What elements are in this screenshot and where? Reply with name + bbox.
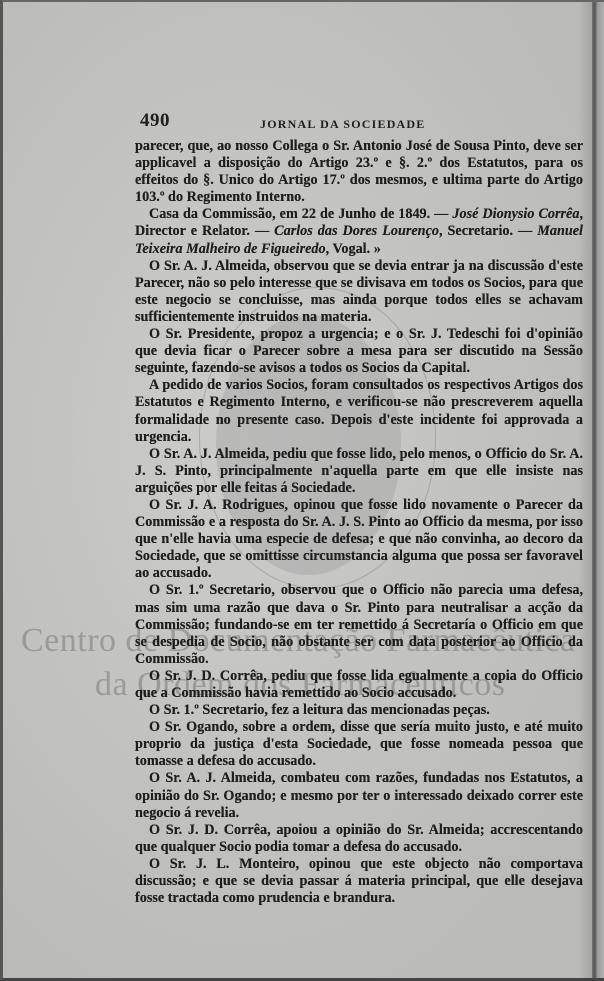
paragraph-ogando: O Sr. Ogando, sobre a ordem, disse que s… (135, 719, 583, 770)
paragraph-correa-2: O Sr. J. D. Corrêa, apoiou a opinião do … (135, 822, 583, 856)
paragraph-presidente: O Sr. Presidente, propoz a urgencia; e o… (135, 326, 583, 377)
paragraph-secretario-2: O Sr. 1.º Secretario, fez a leitura das … (135, 702, 583, 719)
signature-place-date: Casa da Commissão, em 22 de Junho de 184… (149, 206, 452, 222)
paragraph-rodrigues: O Sr. J. A. Rodrigues, opinou que fosse … (135, 497, 583, 582)
paragraph-correa-1: O Sr. J. D. Corrêa, pediu que fosse lida… (135, 668, 583, 702)
paragraph-pedido-socios: A pedido de varios Socios, foram consult… (135, 377, 583, 445)
page-header: 490 JORNAL DA SOCIEDADE (135, 110, 583, 138)
page-number: 490 (140, 112, 170, 129)
paragraph-parecer-conclusion: parecer, que, ao nosso Collega o Sr. Ant… (135, 138, 583, 206)
spine-shadow (578, 2, 592, 981)
signature-name-director: José Dionysio Corrêa (452, 206, 579, 222)
paragraph-almeida-1: O Sr. A. J. Almeida, observou que se dev… (135, 258, 583, 326)
page-body: 490 JORNAL DA SOCIEDADE parecer, que, ao… (135, 110, 583, 907)
signature-role-vogal: , Vogal. » (326, 241, 381, 257)
running-head: JORNAL DA SOCIEDADE (260, 116, 426, 133)
signature-name-secretary: Carlos das Dores Lourenço (274, 223, 439, 239)
book-spine-edge (592, 2, 604, 981)
paragraph-monteiro: O Sr. J. L. Monteiro, opinou que este ob… (135, 856, 583, 907)
paragraph-almeida-3: O Sr. A. J. Almeida, combateu com razões… (135, 770, 583, 821)
scanned-page: Centro de Documentação Farmacêutica da O… (0, 0, 604, 981)
paragraph-almeida-2: O Sr. A. J. Almeida, pediu que fosse lid… (135, 446, 583, 497)
paragraph-secretario-1: O Sr. 1.º Secretario, observou que o Off… (135, 582, 583, 667)
signature-role-secretary: , Secretario. — (439, 223, 537, 239)
paragraph-signatures: Casa da Commissão, em 22 de Junho de 184… (135, 206, 583, 257)
